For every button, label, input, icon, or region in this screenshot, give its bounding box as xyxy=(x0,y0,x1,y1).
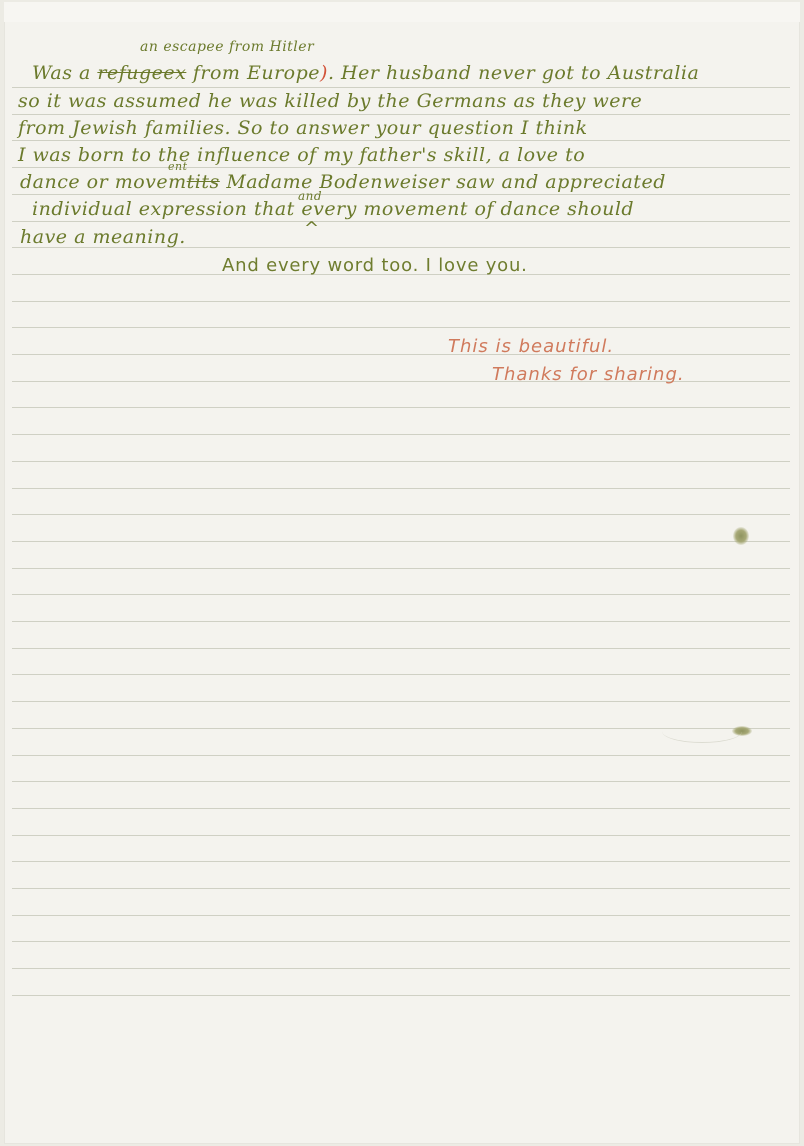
ruled-line xyxy=(12,488,790,489)
ruled-line xyxy=(12,194,790,195)
letter-line-7: have a meaning. xyxy=(20,228,186,247)
ruled-line xyxy=(12,621,790,622)
faint-pencil-arc xyxy=(662,720,742,743)
letter-line-4: I was born to the influence of my father… xyxy=(18,146,585,165)
ruled-line xyxy=(12,167,790,168)
line-6-end: that every movement of dance should xyxy=(247,198,634,220)
ruled-line xyxy=(12,514,790,515)
ruled-line xyxy=(12,995,790,996)
struck-word: tits xyxy=(187,171,220,193)
ruled-line xyxy=(12,354,790,355)
ruled-line xyxy=(12,407,790,408)
ruled-line xyxy=(12,327,790,328)
letter-line-1: Was a refugeex from Europe). Her husband… xyxy=(32,64,699,83)
ruled-line xyxy=(12,594,790,595)
ruled-line xyxy=(12,221,790,222)
ruled-line xyxy=(12,87,790,88)
ruled-line xyxy=(12,808,790,809)
ruled-line xyxy=(12,541,790,542)
ruled-line xyxy=(12,781,790,782)
line-1-middle: from Europe xyxy=(186,62,320,84)
ruled-line xyxy=(12,915,790,916)
annotation-line-2: Thanks for sharing. xyxy=(492,366,685,384)
line-6-start: individual expression xyxy=(32,198,247,220)
line-1-start: Was a xyxy=(32,62,97,84)
red-correction-mark: ) xyxy=(320,62,328,84)
letter-line-3: from Jewish families. So to answer your … xyxy=(18,119,588,138)
ruled-line xyxy=(12,861,790,862)
inserted-phrase-above-line-1: an escapee from Hitler xyxy=(140,40,314,54)
ruled-line xyxy=(12,835,790,836)
letter-line-5: dance or movemtits Madame Bodenweiser sa… xyxy=(20,173,666,192)
ruled-line xyxy=(12,755,790,756)
letter-line-6: individual expression that every movemen… xyxy=(32,200,634,219)
ruled-line xyxy=(12,648,790,649)
struck-word-refugee: refugeex xyxy=(97,62,186,84)
ruled-line xyxy=(12,301,790,302)
ruled-line xyxy=(12,888,790,889)
line-5-end: Madame Bodenweiser saw and appreciated xyxy=(220,171,666,193)
page-top-margin xyxy=(4,2,800,22)
line-5-start: dance or movem xyxy=(20,171,187,193)
ruled-line xyxy=(12,434,790,435)
paper-stain-1 xyxy=(733,527,749,545)
ruled-line xyxy=(12,114,790,115)
insertion-caret: ^ xyxy=(304,218,319,239)
line-1-end: . Her husband never got to Australia xyxy=(328,62,699,84)
ruled-line xyxy=(12,674,790,675)
ruled-line xyxy=(12,968,790,969)
ruled-line xyxy=(12,140,790,141)
ruled-line xyxy=(12,461,790,462)
annotation-line-1: This is beautiful. xyxy=(448,338,614,356)
ruled-line xyxy=(12,568,790,569)
reply-line: And every word too. I love you. xyxy=(222,257,528,275)
letter-line-2: so it was assumed he was killed by the G… xyxy=(18,92,642,111)
ruled-line xyxy=(12,941,790,942)
ruled-line xyxy=(12,701,790,702)
